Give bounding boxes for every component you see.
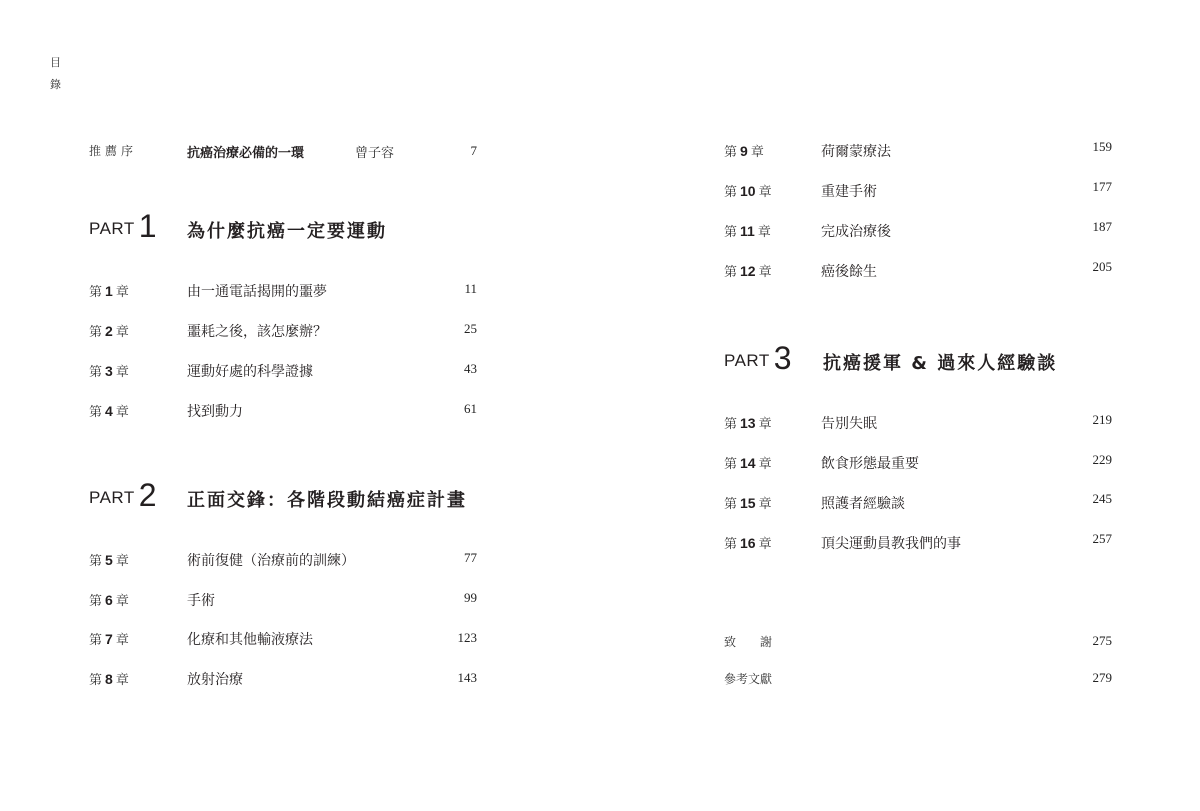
back-matter-page-number: 279 [1052, 670, 1112, 686]
chapter-number: 第2章 [89, 321, 129, 340]
chapter-title: 找到動力 [187, 401, 243, 421]
chapter-number: 第14章 [724, 453, 772, 472]
chapter-title: 運動好處的科學證據 [187, 361, 313, 381]
chapter-title: 飲食形態最重要 [821, 453, 919, 473]
back-matter-page-number: 275 [1052, 633, 1112, 649]
chapter-page-number: 245 [1052, 491, 1112, 507]
part-label: PART3 [724, 340, 792, 377]
chapter-number: 第13章 [724, 413, 772, 432]
chapter-page-number: 159 [1052, 139, 1112, 155]
part-number: 1 [139, 208, 157, 244]
chapter-page-number: 187 [1052, 219, 1112, 235]
chapter-title: 重建手術 [821, 181, 877, 201]
chapter-number: 第7章 [89, 629, 129, 648]
toc-side-title-2: 錄 [50, 76, 61, 92]
chapter-number: 第9章 [724, 141, 764, 160]
chapter-page-number: 205 [1052, 259, 1112, 275]
chapter-title: 癌後餘生 [821, 261, 877, 281]
chapter-page-number: 219 [1052, 412, 1112, 428]
chapter-number: 第12章 [724, 261, 772, 280]
chapter-page-number: 123 [417, 630, 477, 646]
preface-page-number: 7 [417, 143, 477, 159]
chapter-number: 第5章 [89, 550, 129, 569]
chapter-number: 第10章 [724, 181, 772, 200]
chapter-page-number: 25 [417, 321, 477, 337]
chapter-title: 完成治療後 [821, 221, 891, 241]
chapter-page-number: 11 [417, 281, 477, 297]
part-number: 2 [139, 477, 157, 513]
back-matter-label: 致 謝 [724, 633, 772, 650]
chapter-title: 手術 [187, 590, 215, 610]
part-title: 正面交鋒：各階段動結癌症計畫 [187, 486, 467, 512]
chapter-page-number: 99 [417, 590, 477, 606]
chapter-title: 由一通電話揭開的噩夢 [187, 281, 327, 301]
chapter-number: 第11章 [724, 221, 771, 240]
chapter-title: 化療和其他輸液療法 [187, 629, 313, 649]
chapter-page-number: 77 [417, 550, 477, 566]
chapter-number: 第1章 [89, 281, 129, 300]
chapter-title: 噩耗之後，該怎麼辦？ [187, 321, 327, 341]
preface-author: 曾子容 [355, 142, 394, 161]
chapter-title: 告別失眠 [821, 413, 877, 433]
chapter-title: 放射治療 [187, 669, 243, 689]
part-title: 為什麼抗癌一定要運動 [187, 217, 387, 243]
preface-title: 抗癌治療必備的一環 [187, 142, 304, 161]
chapter-page-number: 177 [1052, 179, 1112, 195]
chapter-number: 第8章 [89, 669, 129, 688]
chapter-number: 第16章 [724, 533, 772, 552]
chapter-page-number: 143 [417, 670, 477, 686]
chapter-number: 第15章 [724, 493, 772, 512]
back-matter-label: 參考文獻 [724, 670, 772, 687]
part-label: PART1 [89, 208, 157, 245]
chapter-title: 照護者經驗談 [821, 493, 905, 513]
preface-label: 推薦序 [89, 142, 137, 159]
part-title: 抗癌援軍 & 過來人經驗談 [823, 349, 1057, 375]
chapter-number: 第3章 [89, 361, 129, 380]
chapter-page-number: 43 [417, 361, 477, 377]
chapter-page-number: 61 [417, 401, 477, 417]
chapter-number: 第6章 [89, 590, 129, 609]
chapter-number: 第4章 [89, 401, 129, 420]
chapter-title: 術前復健（治療前的訓練） [187, 550, 355, 570]
part-number: 3 [774, 340, 792, 376]
chapter-title: 荷爾蒙療法 [821, 141, 891, 161]
part-label: PART2 [89, 477, 157, 514]
toc-side-title-1: 目 [50, 54, 61, 70]
chapter-page-number: 257 [1052, 531, 1112, 547]
chapter-page-number: 229 [1052, 452, 1112, 468]
chapter-title: 頂尖運動員教我們的事 [821, 533, 961, 553]
